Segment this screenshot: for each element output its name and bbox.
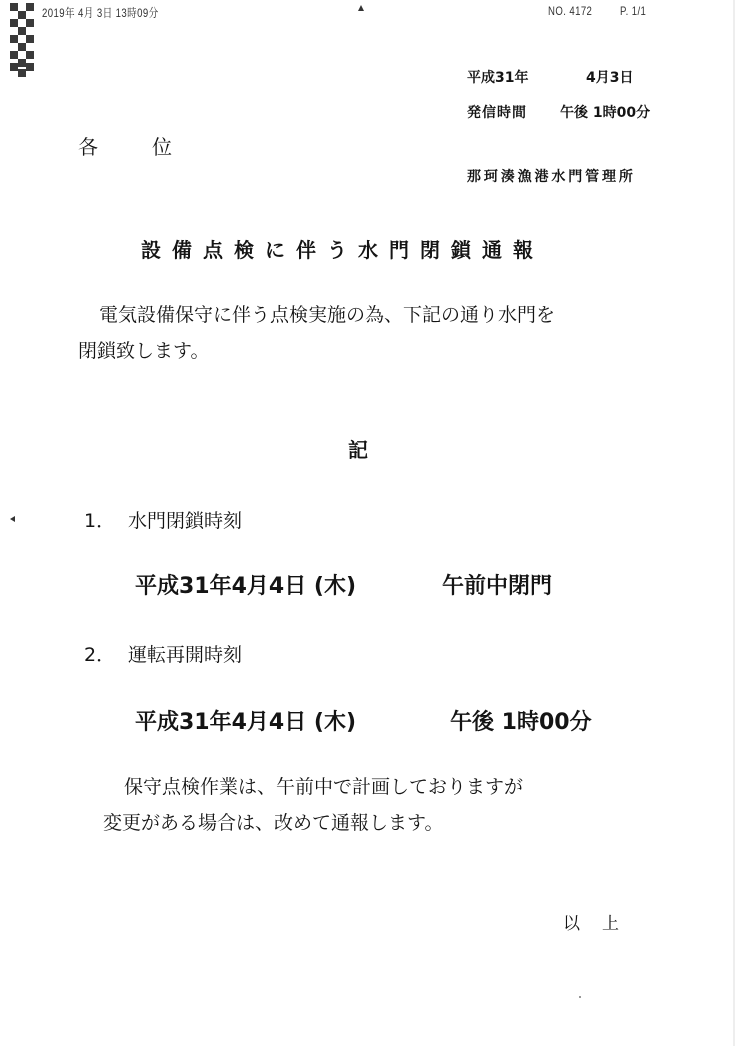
intro-line-1: 電気設備保守に伴う点検実施の為、下記の通り水門を [99, 300, 555, 327]
addressee-2: 位 [152, 131, 172, 160]
ki-heading: 記 [348, 434, 368, 463]
item-2-number: 2． [84, 640, 115, 667]
date-month-day: 4月3日 [586, 67, 633, 87]
scan-speck [579, 996, 581, 998]
date-era: 平成31年 [467, 67, 528, 87]
note-line-2: 変更がある場合は、改めて通報します。 [103, 808, 443, 835]
fax-checker-mark [10, 3, 34, 75]
note-line-1: 保守点検作業は、午前中で計画しておりますが [124, 772, 523, 799]
item-2-time: 午後 1時00分 [450, 705, 592, 736]
addressee-1: 各 [78, 131, 98, 160]
triangle-left-icon [10, 516, 15, 522]
triangle-up-icon [358, 5, 364, 11]
sender-office: 那 珂 湊 漁 港 水 門 管 理 所 [467, 166, 632, 186]
send-time-label: 発信時間 [467, 102, 527, 122]
closing-2: 上 [602, 909, 619, 934]
item-1-number: 1． [84, 506, 115, 533]
page-edge [733, 0, 735, 1046]
item-2-heading: 運転再開時刻 [128, 640, 242, 667]
fax-timestamp: 2019年 4月 3日 13時09分 [42, 4, 159, 21]
item-2-date: 平成31年4月4日 (木) [135, 705, 356, 736]
intro-line-2: 閉鎖致します。 [78, 336, 209, 363]
item-1-time: 午前中閉門 [442, 569, 552, 600]
fax-number: NO. 4172 [548, 4, 592, 18]
item-1-date: 平成31年4月4日 (木) [135, 569, 356, 600]
fax-page: P. 1/1 [620, 4, 646, 18]
closing-1: 以 [563, 909, 580, 934]
item-1-heading: 水門閉鎖時刻 [128, 506, 242, 533]
send-time-value: 午後 1時00分 [560, 102, 650, 122]
document-title: 設備点検に伴う水門閉鎖通報 [141, 234, 544, 263]
